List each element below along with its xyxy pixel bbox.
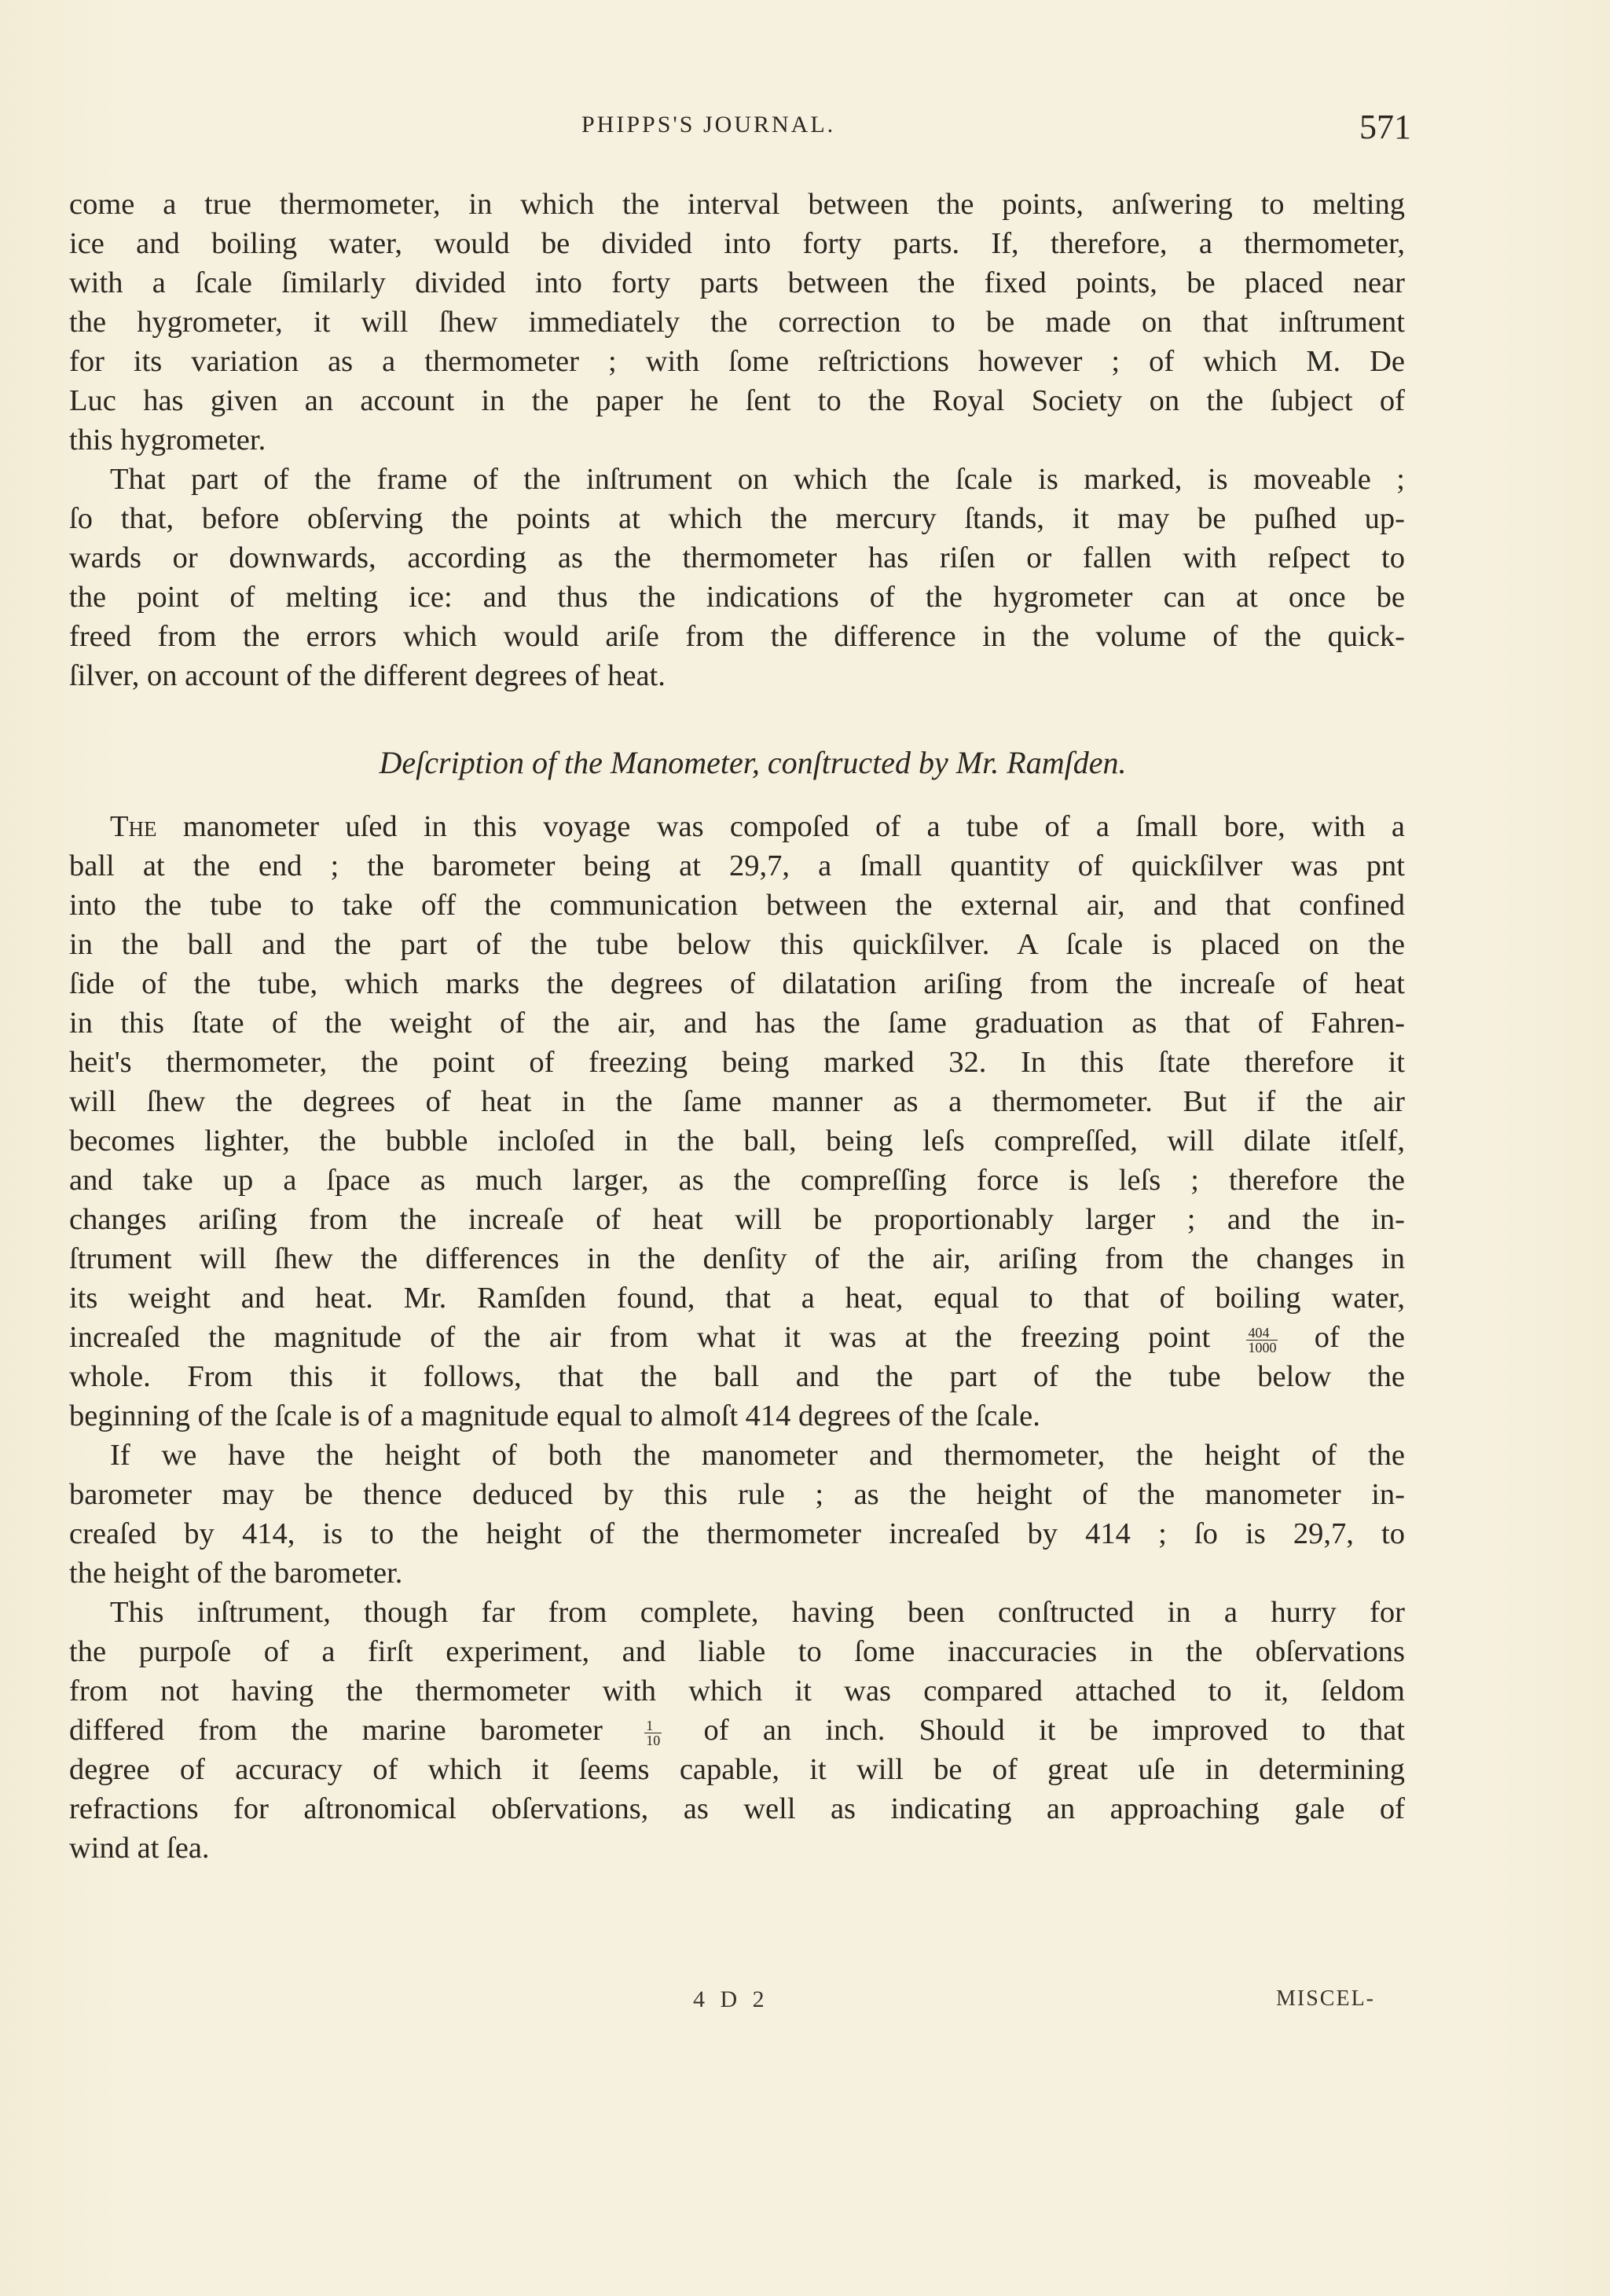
text-line: That part of the frame of the inſtrument… <box>69 460 1405 499</box>
fraction-404-1000: 4041000 <box>1246 1326 1278 1355</box>
text-line: ſo that, before obſerving the points at … <box>69 499 1405 538</box>
catchword: MISCEL- <box>1276 1986 1375 2012</box>
text-line: differed from the marine barometer 110 o… <box>69 1711 1405 1750</box>
text-line: This inſtrument, though far from complet… <box>69 1593 1405 1632</box>
text-line: ball at the end ; the barometer being at… <box>69 846 1405 886</box>
text-line: and take up a ſpace as much larger, as t… <box>69 1161 1405 1200</box>
body-text: come a true thermometer, in which the in… <box>69 185 1405 1868</box>
text-line: becomes lighter, the bubble incloſed in … <box>69 1121 1405 1161</box>
text-line: come a true thermometer, in which the in… <box>69 185 1405 224</box>
text-line: for its variation as a thermometer ; wit… <box>69 342 1405 381</box>
drop-word: The <box>110 810 157 843</box>
text-line: ſide of the tube, which marks the degree… <box>69 964 1405 1003</box>
book-page: PHIPPS'S JOURNAL. 571 come a true thermo… <box>0 0 1610 2296</box>
text-line: barometer may be thence deduced by this … <box>69 1475 1405 1514</box>
text-line: will ſhew the degrees of heat in the ſam… <box>69 1082 1405 1121</box>
fraction-1-10: 110 <box>644 1718 662 1748</box>
paragraph-barometer-rule: If we have the height of both the manome… <box>69 1436 1405 1593</box>
text-line: the height of the barometer. <box>69 1553 1405 1593</box>
text-line: The manometer uſed in this voyage was co… <box>69 807 1405 846</box>
paragraph-moveable-scale: That part of the frame of the inſtrument… <box>69 460 1405 695</box>
paragraph-hygrometer-continuation: come a true thermometer, in which the in… <box>69 185 1405 460</box>
text-line: refractions for aſtronomical obſervation… <box>69 1789 1405 1828</box>
running-head: PHIPPS'S JOURNAL. <box>581 112 835 138</box>
paragraph-manometer-description: The manometer uſed in this voyage was co… <box>69 807 1405 1436</box>
text-line: with a ſcale ſimilarly divided into fort… <box>69 263 1405 303</box>
signature-mark: 4 D 2 <box>693 1986 769 2013</box>
text-line: freed from the errors which would ariſe … <box>69 617 1405 656</box>
paragraph-instrument-accuracy: This inſtrument, though far from complet… <box>69 1593 1405 1868</box>
text-line: in this ſtate of the weight of the air, … <box>69 1003 1405 1043</box>
text-line: Luc has given an account in the paper he… <box>69 381 1405 420</box>
text-line: wind at ſea. <box>69 1828 1405 1868</box>
text-line: the hygrometer, it will ſhew immediately… <box>69 303 1405 342</box>
section-heading: Deſcription of the Manometer, conſtructe… <box>69 741 1405 785</box>
text-line: its weight and heat. Mr. Ramſden found, … <box>69 1278 1405 1318</box>
text-line: into the tube to take off the communicat… <box>69 886 1405 925</box>
text-line: ice and boiling water, would be divided … <box>69 224 1405 263</box>
text-line: creaſed by 414, is to the height of the … <box>69 1514 1405 1553</box>
text-line: the point of melting ice: and thus the i… <box>69 578 1405 617</box>
text-line: ſilver, on account of the different degr… <box>69 656 1405 695</box>
text-line: ſtrument will ſhew the differences in th… <box>69 1239 1405 1278</box>
text-line: whole. From this it follows, that the ba… <box>69 1357 1405 1396</box>
text-line: the purpoſe of a firſt experiment, and l… <box>69 1632 1405 1671</box>
text-line: increaſed the magnitude of the air from … <box>69 1318 1405 1357</box>
text-line: degree of accuracy of which it ſeems cap… <box>69 1750 1405 1789</box>
text-line: heit's thermometer, the point of freezin… <box>69 1043 1405 1082</box>
page-number: 571 <box>1359 107 1411 147</box>
text-line: wards or downwards, according as the the… <box>69 538 1405 578</box>
text-line: this hygrometer. <box>69 420 1405 460</box>
text-line: changes ariſing from the increaſe of hea… <box>69 1200 1405 1239</box>
text-line: from not having the thermometer with whi… <box>69 1671 1405 1711</box>
text-line: If we have the height of both the manome… <box>69 1436 1405 1475</box>
text-line: beginning of the ſcale is of a magnitude… <box>69 1396 1405 1436</box>
text-line: in the ball and the part of the tube bel… <box>69 925 1405 964</box>
